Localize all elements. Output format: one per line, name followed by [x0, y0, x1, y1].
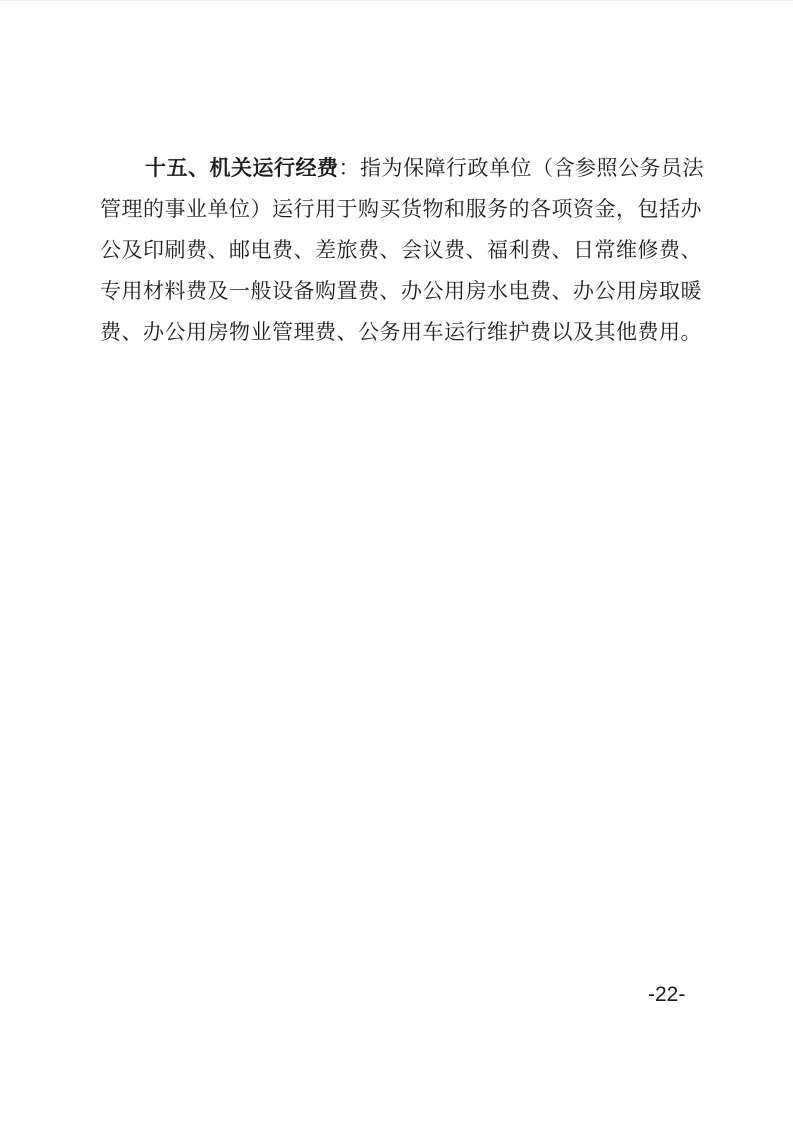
paragraph-line: 专用材料费及一般设备购置费、办公用房水电费、办公用房取暖 [100, 271, 700, 312]
paragraph-line: 费、办公用房物业管理费、公务用车运行维护费以及其他费用。 [100, 312, 700, 353]
paragraph-heading-bold: 十五、机关运行经费 [145, 157, 339, 180]
paragraph-line-text: 公及印刷费、邮电费、差旅费、会议费、福利费、日常维修费、 [100, 239, 702, 262]
paragraph-line: 十五、机关运行经费：指为保障行政单位（含参照公务员法 [100, 148, 700, 189]
paragraph-line: 公及印刷费、邮电费、差旅费、会议费、福利费、日常维修费、 [100, 230, 700, 271]
body-paragraph: 十五、机关运行经费：指为保障行政单位（含参照公务员法 管理的事业单位）运行用于购… [100, 148, 700, 353]
paragraph-line-text: 管理的事业单位）运行用于购买货物和服务的各项资金，包括办 [100, 198, 702, 221]
paragraph-line-text: 专用材料费及一般设备购置费、办公用房水电费、办公用房取暖 [100, 280, 702, 303]
document-page: 十五、机关运行经费：指为保障行政单位（含参照公务员法 管理的事业单位）运行用于购… [0, 0, 793, 1123]
page-number: -22- [648, 982, 685, 1008]
paragraph-line-text: 费、办公用房物业管理费、公务用车运行维护费以及其他费用。 [100, 321, 702, 344]
paragraph-line-text: ：指为保障行政单位（含参照公务员法 [339, 157, 705, 180]
paragraph-line: 管理的事业单位）运行用于购买货物和服务的各项资金，包括办 [100, 189, 700, 230]
